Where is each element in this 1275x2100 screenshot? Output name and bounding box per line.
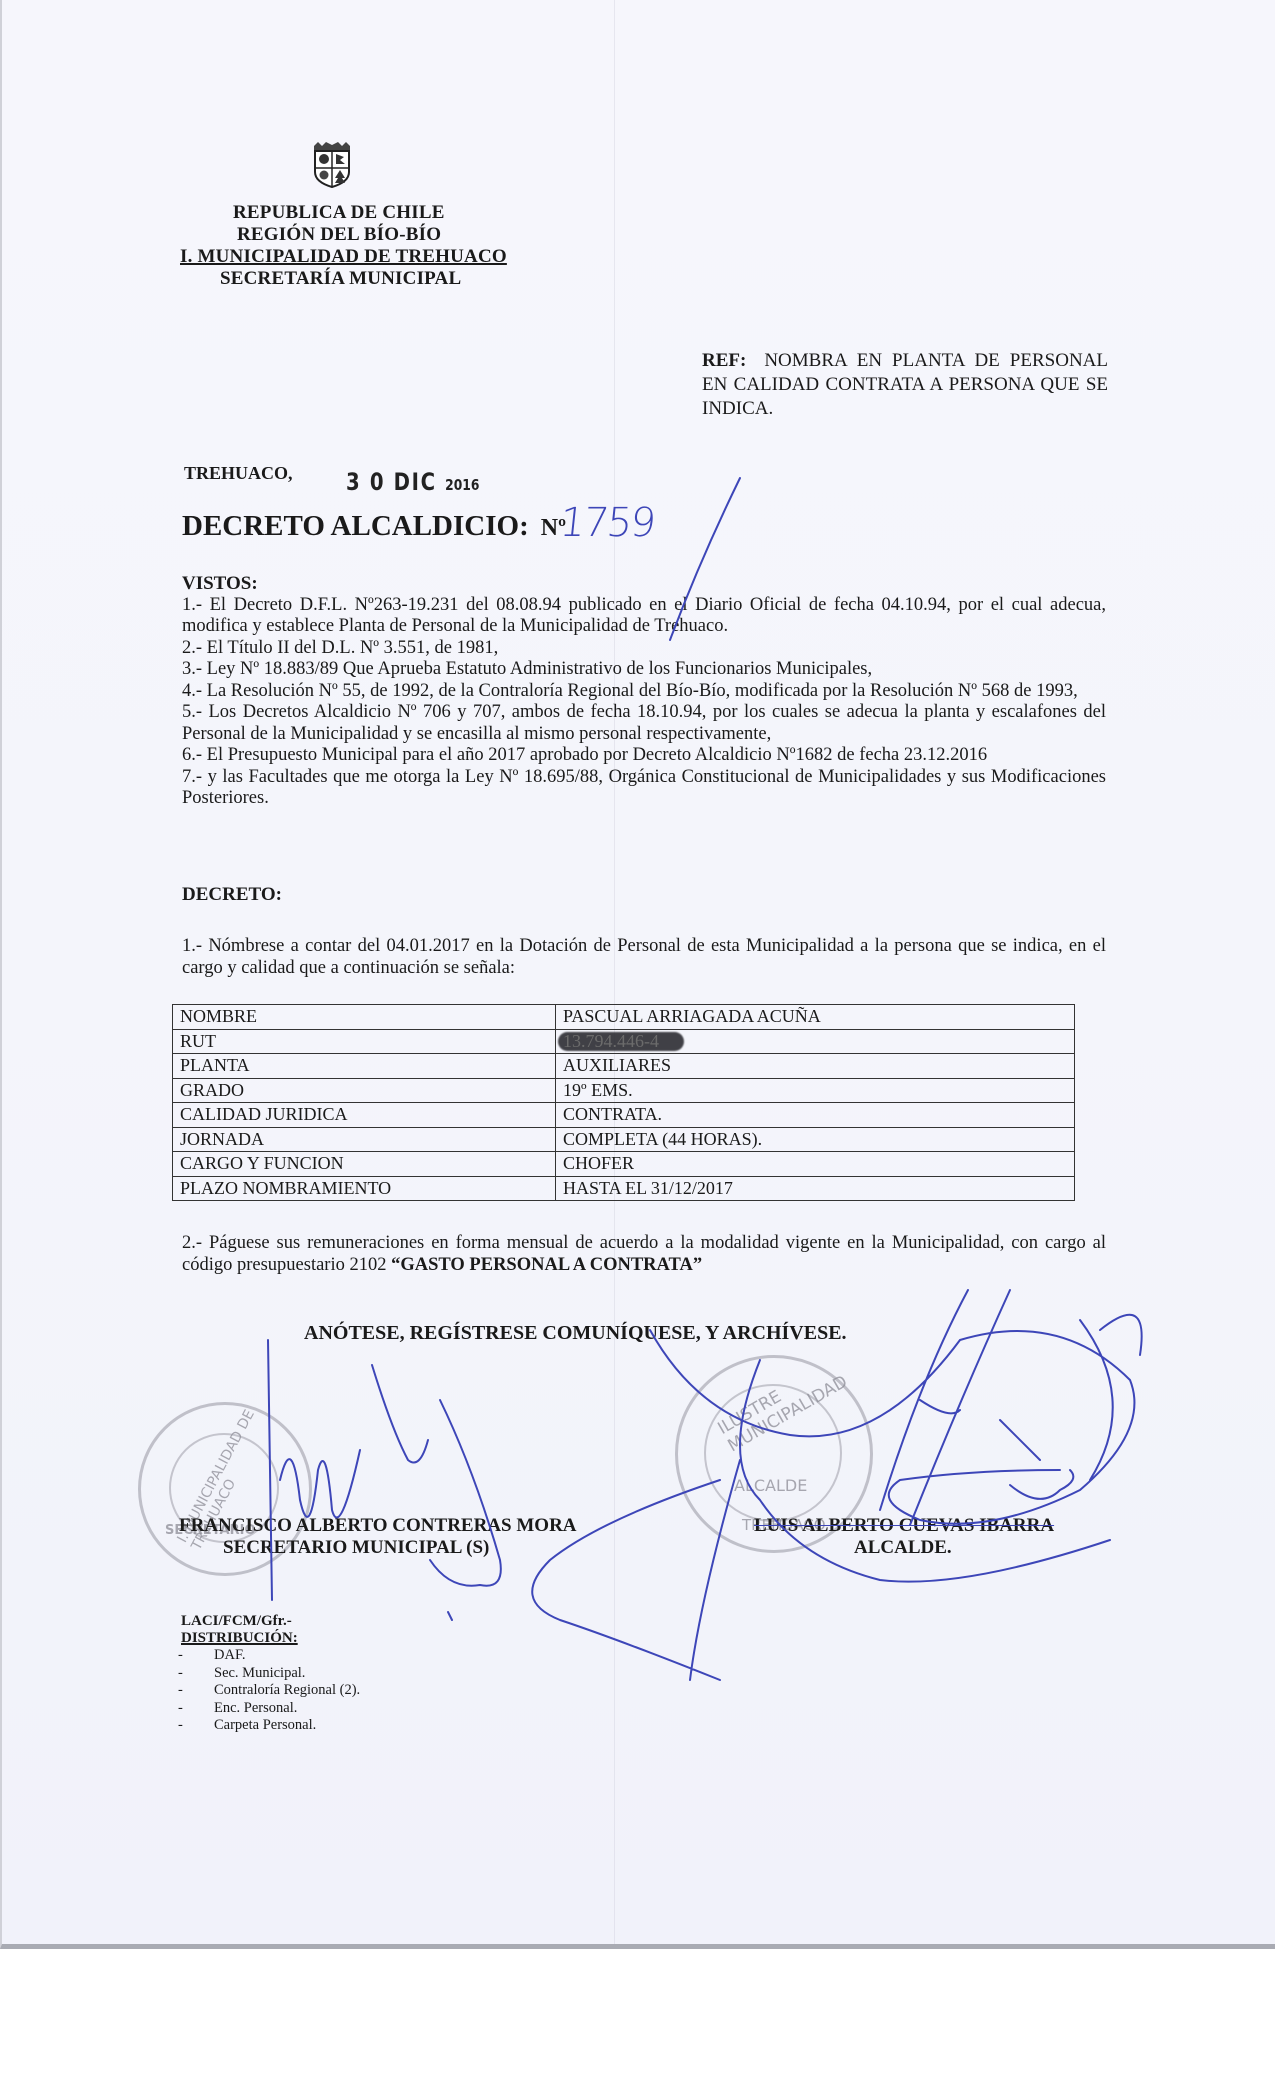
vistos-item: 2.- El Título II del D.L. Nº 3.551, de 1…: [182, 638, 1106, 660]
vistos-heading: VISTOS:: [182, 573, 1106, 595]
letterhead-department: SECRETARÍA MUNICIPAL: [180, 268, 507, 290]
decree-title: DECRETO ALCALDICIO:Nº: [182, 510, 566, 543]
field-label: CARGO Y FUNCION: [173, 1152, 556, 1177]
date-stamp-day-month: 3 0 DIC: [346, 468, 437, 496]
field-label: NOMBRE: [173, 1005, 556, 1030]
field-value: CHOFER: [556, 1152, 1075, 1177]
secretary-name: FRANCISCO ALBERTO CONTRERAS MORA: [179, 1515, 577, 1537]
date-stamp-year: 2016: [445, 476, 479, 494]
reference-block: REF:NOMBRA EN PLANTA DE PERSONAL EN CALI…: [702, 349, 1108, 421]
vistos-item: 7.- y las Facultades que me otorga la Le…: [182, 767, 1106, 810]
mayor-signature-block: LUIS ALBERTO CUEVAS IBARRA ALCALDE.: [754, 1515, 1054, 1559]
drafter-initials: LACI/FCM/Gfr.-: [181, 1613, 298, 1630]
vistos-section: VISTOS: 1.- El Decreto D.F.L. Nº263-19.2…: [182, 573, 1106, 810]
secretary-title: SECRETARIO MUNICIPAL (S): [179, 1537, 577, 1559]
field-value: PASCUAL ARRIAGADA ACUÑA: [556, 1005, 1075, 1030]
letterhead-region: REGIÓN DEL BÍO-BÍO: [180, 224, 507, 246]
vistos-item: 4.- La Resolución Nº 55, de 1992, de la …: [182, 681, 1106, 703]
field-value: CONTRATA.: [556, 1103, 1075, 1128]
rut-value: 13.794.446-4: [563, 1031, 659, 1051]
list-item: -Contraloría Regional (2).: [178, 1682, 360, 1700]
field-label: CALIDAD JURIDICA: [173, 1103, 556, 1128]
field-label: JORNADA: [173, 1127, 556, 1152]
list-item: -Enc. Personal.: [178, 1700, 360, 1718]
table-row: JORNADA COMPLETA (44 HORAS).: [173, 1127, 1075, 1152]
table-row: CARGO Y FUNCION CHOFER: [173, 1152, 1075, 1177]
decreto-paragraph-2: 2.- Páguese sus remuneraciones en forma …: [182, 1233, 1106, 1276]
list-item: -Sec. Municipal.: [178, 1665, 360, 1683]
field-label: PLANTA: [173, 1054, 556, 1079]
distribution-heading: DISTRIBUCIÓN:: [181, 1630, 298, 1647]
reference-label: REF:: [702, 350, 746, 371]
budget-item-name: “GASTO PERSONAL A CONTRATA”: [391, 1255, 702, 1275]
mayor-title: ALCALDE.: [754, 1537, 1054, 1559]
mayor-seal-center-text: ALCALDE: [734, 1476, 807, 1495]
list-item: -DAF.: [178, 1647, 360, 1665]
field-value: AUXILIARES: [556, 1054, 1075, 1079]
decreto-heading: DECRETO:: [182, 884, 1106, 906]
reference-text: NOMBRA EN PLANTA DE PERSONAL EN CALIDAD …: [702, 350, 1108, 419]
table-row: NOMBRE PASCUAL ARRIAGADA ACUÑA: [173, 1005, 1075, 1030]
table-row: CALIDAD JURIDICA CONTRATA.: [173, 1103, 1075, 1128]
letterhead-country: REPUBLICA DE CHILE: [180, 202, 507, 224]
vistos-item: 1.- El Decreto D.F.L. Nº263-19.231 del 0…: [182, 595, 1106, 638]
date-stamp: 3 0 DIC 2016: [346, 468, 479, 496]
distribution-list: -DAF. -Sec. Municipal. -Contraloría Regi…: [178, 1647, 360, 1735]
place-label: TREHUACO,: [184, 463, 293, 484]
appointment-table: NOMBRE PASCUAL ARRIAGADA ACUÑA RUT 13.79…: [172, 1004, 1075, 1201]
handwritten-decree-number: 1759: [558, 500, 657, 546]
decree-title-text: DECRETO ALCALDICIO:: [182, 510, 529, 542]
field-label: PLAZO NOMBRAMIENTO: [173, 1176, 556, 1201]
list-item: -Carpeta Personal.: [178, 1717, 360, 1735]
closing-formula: ANÓTESE, REGÍSTRESE COMUNÍQUESE, Y ARCHÍ…: [304, 1322, 847, 1345]
field-value: 19º EMS.: [556, 1078, 1075, 1103]
field-label: RUT: [173, 1029, 556, 1054]
field-label: GRADO: [173, 1078, 556, 1103]
table-row: GRADO 19º EMS.: [173, 1078, 1075, 1103]
field-value-redacted: 13.794.446-4: [556, 1029, 1075, 1054]
table-row: RUT 13.794.446-4: [173, 1029, 1075, 1054]
field-value: HASTA EL 31/12/2017: [556, 1176, 1075, 1201]
letterhead: REPUBLICA DE CHILE REGIÓN DEL BÍO-BÍO I.…: [180, 202, 507, 290]
letterhead-municipality: I. MUNICIPALIDAD DE TREHUACO: [180, 246, 507, 268]
secretary-signature-block: FRANCISCO ALBERTO CONTRERAS MORA SECRETA…: [179, 1515, 577, 1559]
field-value: COMPLETA (44 HORAS).: [556, 1127, 1075, 1152]
vistos-item: 5.- Los Decretos Alcaldicio Nº 706 y 707…: [182, 702, 1106, 745]
vistos-item: 3.- Ley Nº 18.883/89 Que Aprueba Estatut…: [182, 659, 1106, 681]
table-row: PLANTA AUXILIARES: [173, 1054, 1075, 1079]
mayor-name: LUIS ALBERTO CUEVAS IBARRA: [754, 1515, 1054, 1537]
footer-initials-block: LACI/FCM/Gfr.- DISTRIBUCIÓN:: [181, 1613, 298, 1647]
coat-of-arms-icon: [310, 140, 354, 188]
decreto-paragraph-1: 1.- Nómbrese a contar del 04.01.2017 en …: [182, 936, 1106, 979]
table-row: PLAZO NOMBRAMIENTO HASTA EL 31/12/2017: [173, 1176, 1075, 1201]
vistos-item: 6.- El Presupuesto Municipal para el año…: [182, 745, 1106, 767]
